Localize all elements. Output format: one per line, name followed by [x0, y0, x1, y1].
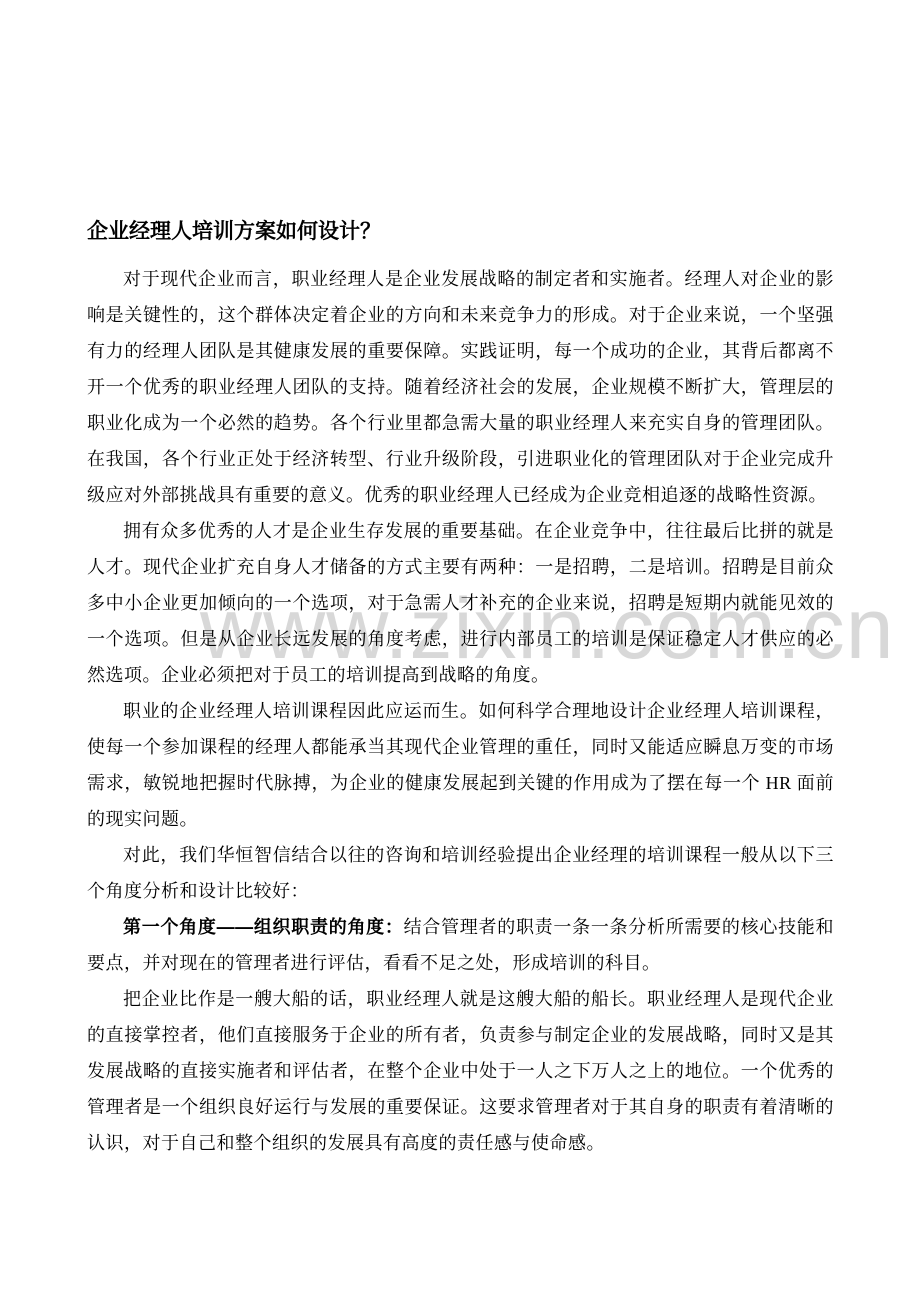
paragraph: 第一个角度——组织职责的角度：结合管理者的职责一条一条分析所需要的核心技能和要点…	[87, 909, 834, 981]
paragraph: 拥有众多优秀的人才是企业生存发展的重要基础。在企业竞争中，往往最后比拼的就是人才…	[87, 513, 834, 693]
paragraph: 把企业比作是一艘大船的话，职业经理人就是这艘大船的船长。职业经理人是现代企业的直…	[87, 981, 834, 1161]
document-title: 企业经理人培训方案如何设计？	[87, 217, 834, 247]
paragraph: 对于现代企业而言，职业经理人是企业发展战略的制定者和实施者。经理人对企业的影响是…	[87, 261, 834, 513]
document-content: 企业经理人培训方案如何设计？ 对于现代企业而言，职业经理人是企业发展战略的制定者…	[87, 217, 834, 1161]
paragraph: 对此，我们华恒智信结合以往的咨询和培训经验提出企业经理的培训课程一般从以下三个角…	[87, 837, 834, 909]
paragraph-bold-lead: 第一个角度——组织职责的角度：	[123, 917, 404, 937]
paragraph: 职业的企业经理人培训课程因此应运而生。如何科学合理地设计企业经理人培训课程，使每…	[87, 693, 834, 837]
document-page: www.zixin.com.cn 企业经理人培训方案如何设计？ 对于现代企业而言…	[0, 0, 920, 1302]
